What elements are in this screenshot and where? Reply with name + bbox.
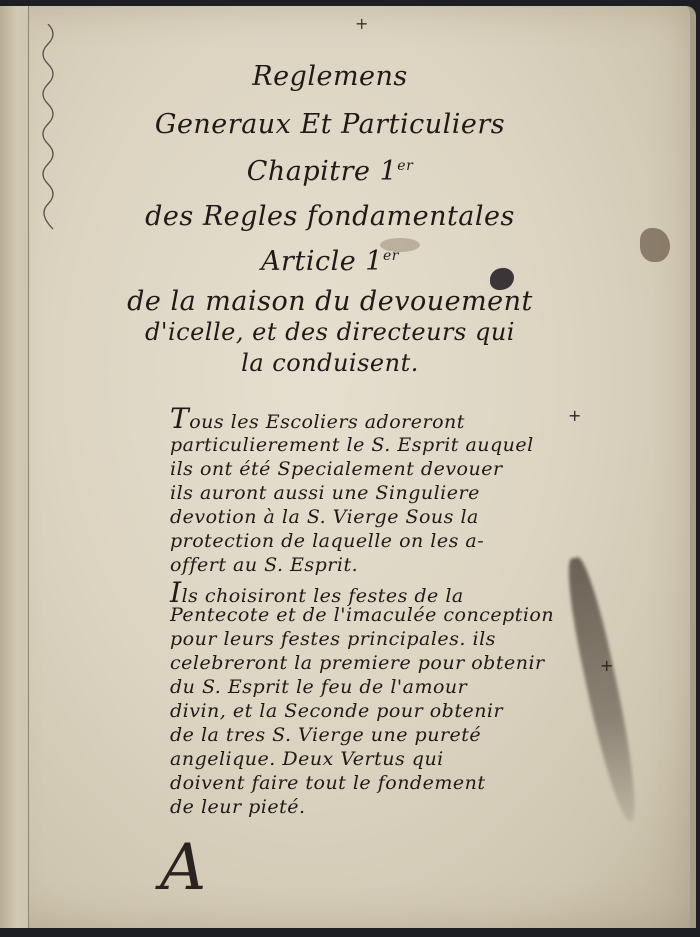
- paragraph1-line-7: offert au S. Esprit.: [170, 554, 358, 576]
- paragraph2-line-7: de la tres S. Vierge une pureté: [170, 724, 481, 746]
- paragraph2-line-9: doivent faire tout le fondement: [170, 772, 485, 794]
- subtitle-line-1: de la maison du devouement: [0, 286, 660, 317]
- title-reglemens: Reglemens: [0, 61, 660, 92]
- chapter-heading: Chapitre 1er: [0, 156, 660, 187]
- margin-cross-mark: +: [568, 406, 581, 425]
- paragraph1-line-2: particulierement le S. Esprit auquel: [170, 434, 534, 456]
- paragraph1-line-3: ils ont été Specialement devouer: [170, 458, 503, 480]
- paragraph1-line-4: ils auront aussi une Singuliere: [170, 482, 480, 504]
- paragraph1-dropcap: T: [170, 402, 189, 435]
- paragraph2-line-8: angelique. Deux Vertus qui: [170, 748, 444, 770]
- paragraph2-line-6: divin, et la Seconde pour obtenir: [170, 700, 503, 722]
- paragraph2-line-5: du S. Esprit le feu de l'amour: [170, 676, 467, 698]
- paragraph2-line-10: de leur pieté.: [170, 796, 306, 818]
- binding-spine: [0, 6, 29, 928]
- manuscript-page: + Reglemens Generaux Et Particuliers Cha…: [0, 6, 696, 928]
- section-heading: des Regles fondamentales: [0, 201, 660, 232]
- chapter-text: Chapitre 1: [247, 156, 398, 187]
- paragraph1-line-5: devotion à la S. Vierge Sous la: [170, 506, 479, 528]
- article-text: Article 1: [261, 246, 383, 277]
- article-superscript: er: [383, 248, 399, 264]
- subtitle-line-2: d'icelle, et des directeurs qui: [0, 318, 660, 346]
- ink-smear-streak: [560, 555, 645, 825]
- article-heading: Article 1er: [0, 246, 660, 277]
- top-cross-mark: +: [355, 14, 368, 33]
- subtitle-line-3: la conduisent.: [0, 349, 660, 377]
- paragraph2-line-4: celebreront la premiere pour obtenir: [170, 652, 545, 674]
- margin-cross-mark-2: +: [600, 656, 613, 675]
- paragraph2-line-2: Pentecote et de l'imaculée conception: [170, 604, 554, 626]
- title-generaux-particuliers: Generaux Et Particuliers: [0, 109, 660, 140]
- paragraph2-line-3: pour leurs festes principales. ils: [170, 628, 496, 650]
- paragraph1-line-1: Tous les Escoliers adoreront: [170, 402, 465, 435]
- chapter-superscript: er: [397, 158, 413, 174]
- paragraph1-line-6: protection de laquelle on les a-: [170, 530, 484, 552]
- signature-initial: A: [160, 831, 206, 905]
